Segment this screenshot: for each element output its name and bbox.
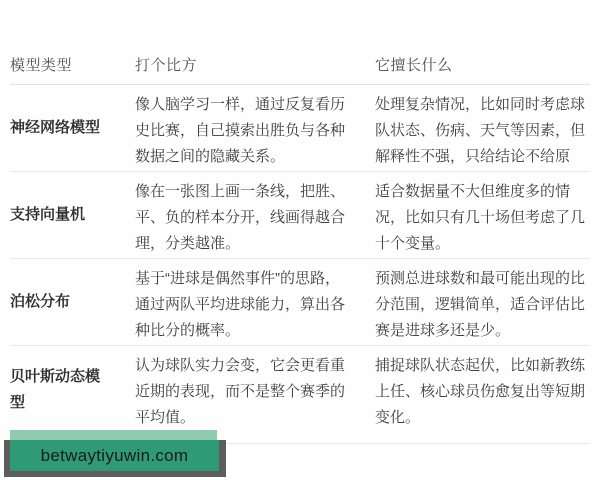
analogy-cell: 认为球队实力会变，它会更看重近期的表现，而不是整个赛季的平均值。 — [135, 346, 375, 443]
model-type-cell: 泊松分布 — [10, 259, 135, 345]
analogy-cell: 像人脑学习一样，通过反复看历史比赛，自己摸索出胜负与各种数据之间的隐藏关系。 — [135, 85, 375, 171]
strength-cell: 适合数据量不大但维度多的情况，比如只有几十场但考虑了几十个变量。 — [375, 172, 590, 258]
table-row: 泊松分布 基于“进球是偶然事件”的思路，通过两队平均进球能力，算出各种比分的概率… — [10, 259, 590, 346]
column-header-model-type: 模型类型 — [10, 54, 135, 75]
analogy-cell: 基于“进球是偶然事件”的思路，通过两队平均进球能力，算出各种比分的概率。 — [135, 259, 375, 345]
model-type-cell: 贝叶斯动态模型 — [10, 346, 135, 443]
column-header-analogy: 打个比方 — [135, 54, 375, 75]
model-type-cell: 神经网络模型 — [10, 85, 135, 171]
table-header-row: 模型类型 打个比方 它擅长什么 — [10, 45, 590, 85]
table-row: 支持向量机 像在一张图上画一条线，把胜、平、负的样本分开，线画得越合理，分类越准… — [10, 172, 590, 259]
analogy-cell: 像在一张图上画一条线，把胜、平、负的样本分开，线画得越合理，分类越准。 — [135, 172, 375, 258]
watermark-site-link[interactable]: betwaytiyuwin.com — [10, 440, 219, 471]
model-type-cell: 支持向量机 — [10, 172, 135, 258]
column-header-strength: 它擅长什么 — [375, 54, 590, 75]
strength-cell: 捕捉球队状态起伏，比如新教练上任、核心球员伤愈复出等短期变化。 — [375, 346, 590, 443]
page: 模型类型 打个比方 它擅长什么 神经网络模型 像人脑学习一样，通过反复看历史比赛… — [0, 0, 600, 480]
table-row: 神经网络模型 像人脑学习一样，通过反复看历史比赛，自己摸索出胜负与各种数据之间的… — [10, 85, 590, 172]
strength-cell: 预测总进球数和最可能出现的比分范围，逻辑简单，适合评估比赛是进球多还是少。 — [375, 259, 590, 345]
strength-cell: 处理复杂情况，比如同时考虑球队状态、伤病、天气等因素，但解释性不强，只给结论不给… — [375, 85, 590, 171]
model-comparison-table: 模型类型 打个比方 它擅长什么 神经网络模型 像人脑学习一样，通过反复看历史比赛… — [10, 45, 590, 444]
